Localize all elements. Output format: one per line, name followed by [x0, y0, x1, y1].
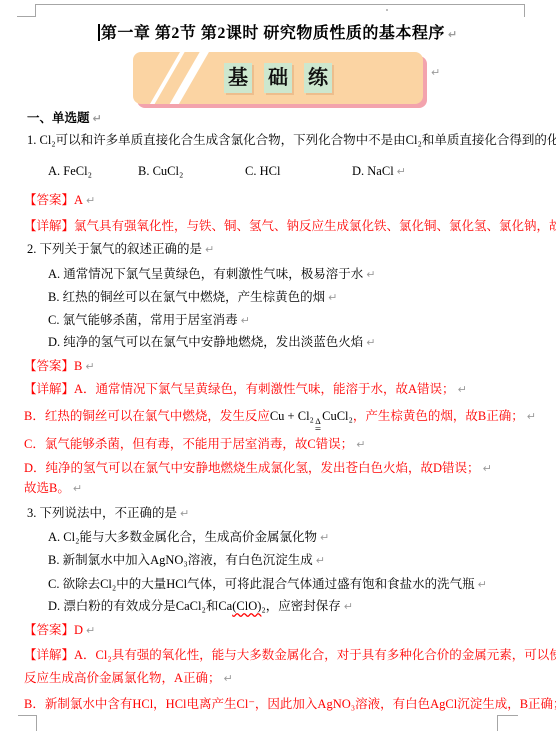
answer-2-text: 【答案】B — [24, 359, 82, 373]
paragraph-mark: ↵ — [85, 360, 94, 373]
explanation-3-a-line1: 【详解】A．Cl₂具有强的氧化性，能与大多数金属化合，对于具有多种化合价的金属元… — [24, 647, 556, 663]
answer-2: 【答案】B↵ — [24, 358, 95, 375]
text-boundary-bottomleft-v — [36, 715, 37, 731]
paragraph-mark: ↵ — [241, 314, 250, 327]
option-c: C. HCl — [245, 163, 352, 179]
equation-delta-equals-icon: Δ= — [315, 417, 321, 433]
paragraph-mark: ↵ — [366, 336, 375, 349]
paragraph-mark: ↵ — [356, 438, 365, 451]
paragraph-mark: ↵ — [328, 291, 337, 304]
paragraph-mark: ↵ — [527, 410, 536, 423]
explanation-text: B．红热的铜丝可以在氯气中燃烧，发生反应 — [24, 409, 270, 423]
explanation-2-d: D．纯净的氢气可以在氯气中安静地燃烧生成氯化氢，发出苍白色火焰，故D错误；↵ — [24, 460, 492, 477]
explanation-1: 【详解】氯气具有强氧化性，与铁、铜、氢气、钠反应生成氯化铁、氯化铜、氯化氢、氯化… — [24, 218, 556, 235]
paragraph-mark: ↵ — [316, 554, 325, 567]
question-3-stem: 3. 下列说法中，不正确的是 — [27, 506, 177, 520]
question-2-stem: 2. 下列关于氯气的叙述正确的是 — [27, 242, 202, 256]
explanation-text: 反应生成高价金属氯化物，A正确； — [24, 671, 221, 685]
section-heading-text: 一、单选题 — [27, 111, 90, 125]
badge-char-tile: 基 — [224, 63, 252, 93]
question-1-stem: 1. Cl₂可以和许多单质直接化合生成含氯化合物，下列化合物中不是由Cl₂和单质… — [27, 133, 556, 147]
explanation-3-a-line2: 反应生成高价金属氯化物，A正确；↵ — [24, 670, 233, 687]
text-cursor — [98, 24, 100, 41]
stray-speck — [386, 9, 388, 11]
answer-1: 【答案】A↵ — [24, 192, 95, 209]
question-3-option-a: A. Cl₂能与大多数金属化合，生成高价金属氯化物↵ — [48, 529, 329, 546]
question-2-option-d: D. 纯净的氢气可以在氯气中安静地燃烧，发出淡蓝色火焰↵ — [48, 334, 376, 351]
answer-1-text: 【答案】A — [24, 193, 83, 207]
paragraph-mark: ↵ — [86, 194, 95, 207]
option-b: B. CuCl₂ — [138, 163, 245, 179]
equation-rhs: CuCl₂ — [322, 409, 353, 423]
paragraph-mark: ↵ — [431, 66, 440, 79]
page-title: 第一章 第2节 第2课时 研究物质性质的基本程序↵ — [0, 20, 556, 43]
explanation-text: 故选B。 — [24, 481, 70, 495]
paragraph-mark: ↵ — [320, 531, 329, 544]
option-d-tail: ₂，应密封保存 — [261, 599, 340, 613]
question-2-option-b: B. 红热的铜丝可以在氯气中燃烧，产生棕黄色的烟↵ — [48, 289, 337, 306]
explanation-text: 【详解】A．通常情况下氯气呈黄绿色，有刺激性气味，能溶于水，故A错误； — [24, 382, 455, 396]
option-b: B. 红热的铜丝可以在氯气中燃烧，产生棕黄色的烟 — [48, 290, 325, 304]
paragraph-mark: ↵ — [344, 600, 353, 613]
explanation-text: B．新制氯水中含有HCl，HCl电离产生Cl⁻，因此加入AgNO₃溶液，有白色A… — [24, 697, 556, 711]
option-a: A. Cl₂能与大多数金属化合，生成高价金属氯化物 — [48, 530, 317, 544]
option-c: C. 氯气能够杀菌，常用于居室消毒 — [48, 313, 238, 327]
paragraph-mark: ↵ — [397, 165, 406, 178]
text-boundary-bottomright-h — [497, 715, 518, 716]
paragraph-mark: ↵ — [73, 482, 82, 495]
badge-char-tile: 练 — [304, 63, 332, 93]
paragraph-mark: ↵ — [483, 462, 492, 475]
text-boundary-top-line — [36, 4, 524, 5]
explanation-1-text: 【详解】氯气具有强氧化性，与铁、铜、氢气、钠反应生成氯化铁、氯化铜、氯化氢、氯化… — [24, 219, 556, 233]
basic-practice-badge: 基 础 练 — [133, 52, 423, 104]
text-boundary-bottomleft-h — [18, 715, 37, 716]
question-3-option-b: B. 新制氯水中加入AgNO₃溶液，有白色沉淀生成↵ — [48, 552, 325, 569]
option-a: A. 通常情况下氯气呈黄绿色，有刺激性气味，极易溶于水 — [48, 267, 363, 281]
paragraph-mark: ↵ — [448, 28, 458, 41]
badge-char-tile: 础 — [264, 63, 292, 93]
question-3-option-c: C. 欲除去Cl₂中的大量HCl气体，可将此混合气体通过盛有饱和食盐水的洗气瓶↵ — [48, 576, 487, 593]
section-heading: 一、单选题↵ — [27, 110, 102, 127]
explanation-2-a: 【详解】A．通常情况下氯气呈黄绿色，有刺激性气味，能溶于水，故A错误；↵ — [24, 381, 467, 398]
answer-3-text: 【答案】D — [24, 623, 83, 637]
question-2-text: 2. 下列关于氯气的叙述正确的是↵ — [27, 241, 214, 258]
question-2-option-a: A. 通常情况下氯气呈黄绿色，有刺激性气味，极易溶于水↵ — [48, 266, 376, 283]
option-a: A. FeCl₂ — [48, 163, 138, 179]
explanation-text: D．纯净的氢气可以在氯气中安静地燃烧生成氯化氢，发出苍白色火焰，故D错误； — [24, 461, 480, 475]
explanation-text: C．氯气能够杀菌，但有毒，不能用于居室消毒，故C错误； — [24, 437, 353, 451]
paragraph-mark: ↵ — [93, 112, 102, 125]
option-c: C. 欲除去Cl₂中的大量HCl气体，可将此混合气体通过盛有饱和食盐水的洗气瓶 — [48, 577, 475, 591]
option-d: D. NaCl — [352, 163, 394, 179]
paragraph-mark: ↵ — [86, 624, 95, 637]
equation-lhs: Cu + Cl₂ — [270, 409, 314, 423]
question-3-text: 3. 下列说法中，不正确的是↵ — [27, 505, 189, 522]
explanation-3-b: B．新制氯水中含有HCl，HCl电离产生Cl⁻，因此加入AgNO₃溶液，有白色A… — [24, 696, 556, 713]
answer-3: 【答案】D↵ — [24, 622, 95, 639]
paragraph-mark: ↵ — [224, 672, 233, 685]
option-d: D. 纯净的氢气可以在氯气中安静地燃烧，发出淡蓝色火焰 — [48, 335, 363, 349]
text-boundary-bottomright-v — [497, 715, 498, 731]
document-page[interactable]: { "marks": { "pilcrow": "↵" }, "colors":… — [0, 0, 556, 734]
text-boundary-topright-v — [524, 4, 525, 17]
paragraph-mark: ↵ — [180, 507, 189, 520]
explanation-text: ，产生棕黄色的烟，故B正确； — [353, 409, 524, 423]
equation-equals: = — [315, 425, 321, 433]
explanation-2-conclusion: 故选B。↵ — [24, 480, 82, 497]
paragraph-mark: ↵ — [478, 578, 487, 591]
explanation-2-c: C．氯气能够杀菌，但有毒，不能用于居室消毒，故C错误；↵ — [24, 436, 365, 453]
explanation-2-b: B．红热的铜丝可以在氯气中燃烧，发生反应Cu + Cl₂Δ=CuCl₂，产生棕黄… — [24, 408, 536, 433]
explanation-text: 【详解】A．Cl₂具有强的氧化性，能与大多数金属化合，对于具有多种化合价的金属元… — [24, 648, 556, 662]
option-d: D. 漂白粉的有效成分是CaCl₂和Ca — [48, 599, 232, 613]
question-3-option-d: D. 漂白粉的有效成分是CaCl₂和Ca(ClO)₂，应密封保存↵ — [48, 598, 353, 615]
paragraph-mark: ↵ — [205, 243, 214, 256]
option-b: B. 新制氯水中加入AgNO₃溶液，有白色沉淀生成 — [48, 553, 313, 567]
question-1-options: A. FeCl₂B. CuCl₂C. HClD. NaCl↵ — [48, 163, 406, 180]
spellcheck-wavy-text: (ClO) — [232, 599, 261, 613]
page-title-text: 第一章 第2节 第2课时 研究物质性质的基本程序 — [101, 25, 445, 42]
question-2-option-c: C. 氯气能够杀菌，常用于居室消毒↵ — [48, 312, 250, 329]
paragraph-mark: ↵ — [366, 268, 375, 281]
paragraph-mark: ↵ — [458, 383, 467, 396]
question-1-text: 1. Cl₂可以和许多单质直接化合生成含氯化合物，下列化合物中不是由Cl₂和单质… — [27, 132, 556, 149]
text-boundary-topleft-h — [17, 16, 36, 17]
